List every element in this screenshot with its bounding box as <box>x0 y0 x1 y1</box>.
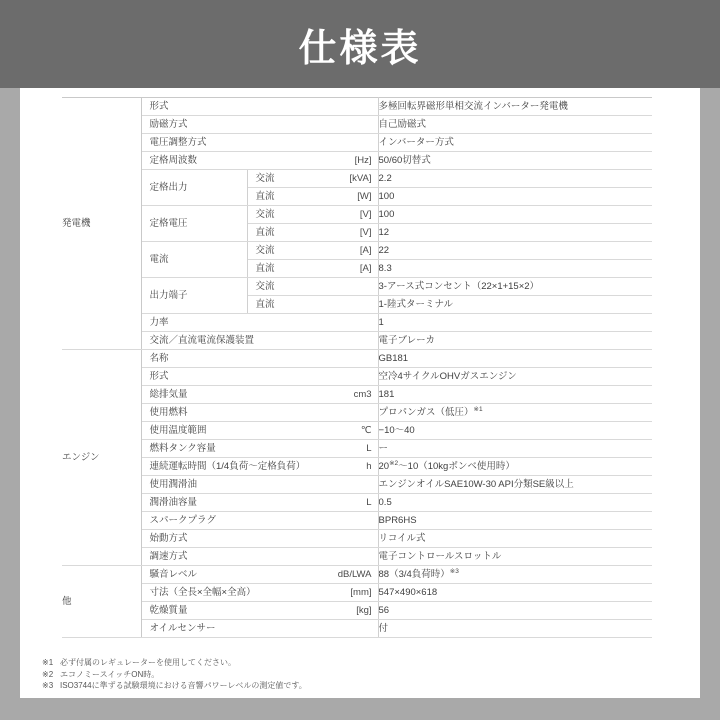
spec-unit: [Hz] <box>351 155 372 166</box>
spec-unit: L <box>362 443 371 454</box>
spec-unit: dB/LWA <box>334 569 372 580</box>
spec-label: 交流 <box>256 281 275 292</box>
spec-table-body: 発電機形式多極回転界磁形単相交流インバーター発電機励磁方式自己励磁式電圧調整方式… <box>62 98 652 638</box>
footnote: ※2エコノミースイッチON時。 <box>42 669 307 681</box>
spec-value: 50/60切替式 <box>378 152 652 170</box>
spec-label-cell: 寸法（全長×全幅×全高）[mm] <box>141 584 378 602</box>
table-row: 電圧調整方式インバーター方式 <box>62 134 652 152</box>
table-row: 調速方式電子コントロールスロットル <box>62 548 652 566</box>
spec-label: 寸法（全長×全幅×全高） <box>150 587 256 598</box>
spec-label: 励磁方式 <box>150 119 188 130</box>
spec-label-cell: 燃料タンク容量L <box>141 440 378 458</box>
spec-sublabel-cell: 交流 <box>247 278 378 296</box>
spec-label: 交流 <box>256 209 275 220</box>
spec-label-cell: スパークプラグ <box>141 512 378 530</box>
footnote-text: ISO3744に準ずる試験環境における音響パワーレベルの測定値です。 <box>60 680 307 692</box>
spec-table: 発電機形式多極回転界磁形単相交流インバーター発電機励磁方式自己励磁式電圧調整方式… <box>62 97 652 638</box>
table-row: 燃料タンク容量Lー <box>62 440 652 458</box>
spec-label: 始動方式 <box>150 533 188 544</box>
spec-label-cell: 潤滑油容量L <box>141 494 378 512</box>
spec-sublabel-cell: 直流 <box>247 296 378 314</box>
spec-value: 多極回転界磁形単相交流インバーター発電機 <box>378 98 652 116</box>
footnote: ※3ISO3744に準ずる試験環境における音響パワーレベルの測定値です。 <box>42 680 307 692</box>
spec-unit: cm3 <box>350 389 372 400</box>
spec-sublabel-cell: 交流[kVA] <box>247 170 378 188</box>
table-row: 形式空冷4サイクルOHVガスエンジン <box>62 368 652 386</box>
spec-label-cell: 形式 <box>141 368 378 386</box>
spec-unit: [A] <box>356 263 372 274</box>
spec-value: リコイル式 <box>378 530 652 548</box>
spec-value: 0.5 <box>378 494 652 512</box>
spec-unit: [kVA] <box>346 173 372 184</box>
spec-label-cell: 名称 <box>141 350 378 368</box>
spec-label-cell: 連続運転時間（1/4負荷～定格負荷）h <box>141 458 378 476</box>
spec-value: ー <box>378 440 652 458</box>
spec-label: 乾燥質量 <box>150 605 188 616</box>
table-row: 定格電圧交流[V]100 <box>62 206 652 224</box>
table-row: 始動方式リコイル式 <box>62 530 652 548</box>
spec-label: 交流／直流電流保護装置 <box>150 335 255 346</box>
footnote-marker: ※3 <box>42 680 60 692</box>
table-row: オイルセンサー付 <box>62 620 652 638</box>
table-row: スパークプラグBPR6HS <box>62 512 652 530</box>
table-row: 潤滑油容量L0.5 <box>62 494 652 512</box>
spec-value: エンジンオイルSAE10W-30 API分類SE級以上 <box>378 476 652 494</box>
spec-sublabel-cell: 直流[A] <box>247 260 378 278</box>
spec-unit: L <box>362 497 371 508</box>
spec-unit: [V] <box>356 227 372 238</box>
spec-label: 出力端子 <box>150 290 188 301</box>
category-cell: エンジン <box>62 350 141 566</box>
spec-label-cell: 総排気量cm3 <box>141 386 378 404</box>
table-row: 励磁方式自己励磁式 <box>62 116 652 134</box>
spec-value: 20※2～10（10kgボンベ使用時） <box>378 458 652 476</box>
footnotes: ※1必ず付属のレギュレーターを使用してください。※2エコノミースイッチON時。※… <box>42 657 307 692</box>
spec-value: インバーター方式 <box>378 134 652 152</box>
category-cell: 他 <box>62 566 141 638</box>
spec-value: 8.3 <box>378 260 652 278</box>
spec-label: 使用燃料 <box>150 407 188 418</box>
spec-label-cell: 使用潤滑油 <box>141 476 378 494</box>
table-row: 電流交流[A]22 <box>62 242 652 260</box>
spec-unit: ℃ <box>357 425 372 436</box>
spec-label-cell: 形式 <box>141 98 378 116</box>
table-row: 他騒音レベルdB/LWA88（3/4負荷時）※3 <box>62 566 652 584</box>
spec-label-cell: オイルセンサー <box>141 620 378 638</box>
spec-unit: [V] <box>356 209 372 220</box>
spec-value: 547×490×618 <box>378 584 652 602</box>
spec-sublabel-cell: 交流[A] <box>247 242 378 260</box>
table-row: 交流／直流電流保護装置電子ブレーカ <box>62 332 652 350</box>
spec-sublabel-cell: 直流[W] <box>247 188 378 206</box>
spec-label: 直流 <box>256 299 275 310</box>
table-row: 発電機形式多極回転界磁形単相交流インバーター発電機 <box>62 98 652 116</box>
spec-label-cell: 電圧調整方式 <box>141 134 378 152</box>
spec-label: 燃料タンク容量 <box>150 443 216 454</box>
spec-value: GB181 <box>378 350 652 368</box>
footnote-text: 必ず付属のレギュレーターを使用してください。 <box>60 657 236 669</box>
table-row: 使用燃料プロパンガス（低圧）※1 <box>62 404 652 422</box>
spec-main-label-cell: 電流 <box>141 242 247 278</box>
table-row: 力率1 <box>62 314 652 332</box>
header-band: 仕様表 <box>0 0 720 88</box>
table-row: 連続運転時間（1/4負荷～定格負荷）h20※2～10（10kgボンベ使用時） <box>62 458 652 476</box>
table-row: 定格出力交流[kVA]2.2 <box>62 170 652 188</box>
spec-label-cell: 定格周波数[Hz] <box>141 152 378 170</box>
spec-label-cell: 使用温度範囲℃ <box>141 422 378 440</box>
spec-value: 181 <box>378 386 652 404</box>
spec-label: 名称 <box>150 353 169 364</box>
footnote-text: エコノミースイッチON時。 <box>60 669 159 681</box>
spec-label-cell: 力率 <box>141 314 378 332</box>
spec-label: 電流 <box>150 254 169 265</box>
spec-label-cell: 乾燥質量[kg] <box>141 602 378 620</box>
category-cell: 発電機 <box>62 98 141 350</box>
spec-sublabel-cell: 交流[V] <box>247 206 378 224</box>
spec-main-label-cell: 定格出力 <box>141 170 247 206</box>
spec-label: 潤滑油容量 <box>150 497 198 508</box>
spec-label: 定格電圧 <box>150 218 188 229</box>
spec-value: 100 <box>378 188 652 206</box>
table-row: エンジン名称GB181 <box>62 350 652 368</box>
table-row: 使用潤滑油エンジンオイルSAE10W-30 API分類SE級以上 <box>62 476 652 494</box>
spec-label: 形式 <box>150 371 169 382</box>
spec-value: 空冷4サイクルOHVガスエンジン <box>378 368 652 386</box>
spec-label: スパークプラグ <box>150 515 217 526</box>
spec-label: 形式 <box>150 101 169 112</box>
spec-value: BPR6HS <box>378 512 652 530</box>
spec-label: 定格出力 <box>150 182 188 193</box>
spec-label-cell: 始動方式 <box>141 530 378 548</box>
spec-value: 2.2 <box>378 170 652 188</box>
spec-unit: [kg] <box>352 605 371 616</box>
spec-main-label-cell: 定格電圧 <box>141 206 247 242</box>
spec-unit: h <box>362 461 371 472</box>
spec-label: 直流 <box>256 263 275 274</box>
footnote: ※1必ず付属のレギュレーターを使用してください。 <box>42 657 307 669</box>
table-row: 寸法（全長×全幅×全高）[mm]547×490×618 <box>62 584 652 602</box>
spec-value: 1-陸式ターミナル <box>378 296 652 314</box>
spec-label: オイルセンサー <box>150 623 216 634</box>
spec-label-cell: 調速方式 <box>141 548 378 566</box>
footnote-marker: ※2 <box>42 669 60 681</box>
table-row: 出力端子交流3-アース式コンセント（22×1+15×2） <box>62 278 652 296</box>
spec-value: 22 <box>378 242 652 260</box>
spec-label: 交流 <box>256 173 275 184</box>
spec-value: 88（3/4負荷時）※3 <box>378 566 652 584</box>
spec-value: 100 <box>378 206 652 224</box>
spec-value: 付 <box>378 620 652 638</box>
spec-label: 直流 <box>256 191 275 202</box>
spec-label: 総排気量 <box>150 389 188 400</box>
spec-label-cell: 使用燃料 <box>141 404 378 422</box>
spec-label: 電圧調整方式 <box>150 137 207 148</box>
spec-value: プロパンガス（低圧）※1 <box>378 404 652 422</box>
spec-value: 電子ブレーカ <box>378 332 652 350</box>
spec-value: 電子コントロールスロットル <box>378 548 652 566</box>
spec-value: −10～40 <box>378 422 652 440</box>
spec-value: 3-アース式コンセント（22×1+15×2） <box>378 278 652 296</box>
spec-main-label-cell: 出力端子 <box>141 278 247 314</box>
spec-value: 12 <box>378 224 652 242</box>
spec-unit: [mm] <box>346 587 371 598</box>
content-panel: 発電機形式多極回転界磁形単相交流インバーター発電機励磁方式自己励磁式電圧調整方式… <box>20 88 700 698</box>
spec-label-cell: 励磁方式 <box>141 116 378 134</box>
spec-label: 調速方式 <box>150 551 188 562</box>
spec-label-cell: 騒音レベルdB/LWA <box>141 566 378 584</box>
spec-value: 1 <box>378 314 652 332</box>
spec-label: 力率 <box>150 317 169 328</box>
spec-label-cell: 交流／直流電流保護装置 <box>141 332 378 350</box>
spec-label: 定格周波数 <box>150 155 198 166</box>
page-title: 仕様表 <box>298 17 421 72</box>
spec-value: 56 <box>378 602 652 620</box>
spec-label: 使用潤滑油 <box>150 479 198 490</box>
spec-unit: [W] <box>353 191 371 202</box>
spec-label: 騒音レベル <box>150 569 198 580</box>
spec-label: 使用温度範囲 <box>150 425 207 436</box>
spec-unit: [A] <box>356 245 372 256</box>
table-row: 使用温度範囲℃−10～40 <box>62 422 652 440</box>
spec-label: 連続運転時間（1/4負荷～定格負荷） <box>150 461 306 472</box>
table-row: 乾燥質量[kg]56 <box>62 602 652 620</box>
spec-label: 直流 <box>256 227 275 238</box>
spec-value: 自己励磁式 <box>378 116 652 134</box>
table-row: 定格周波数[Hz]50/60切替式 <box>62 152 652 170</box>
spec-sublabel-cell: 直流[V] <box>247 224 378 242</box>
table-row: 総排気量cm3181 <box>62 386 652 404</box>
footnote-marker: ※1 <box>42 657 60 669</box>
spec-label: 交流 <box>256 245 275 256</box>
